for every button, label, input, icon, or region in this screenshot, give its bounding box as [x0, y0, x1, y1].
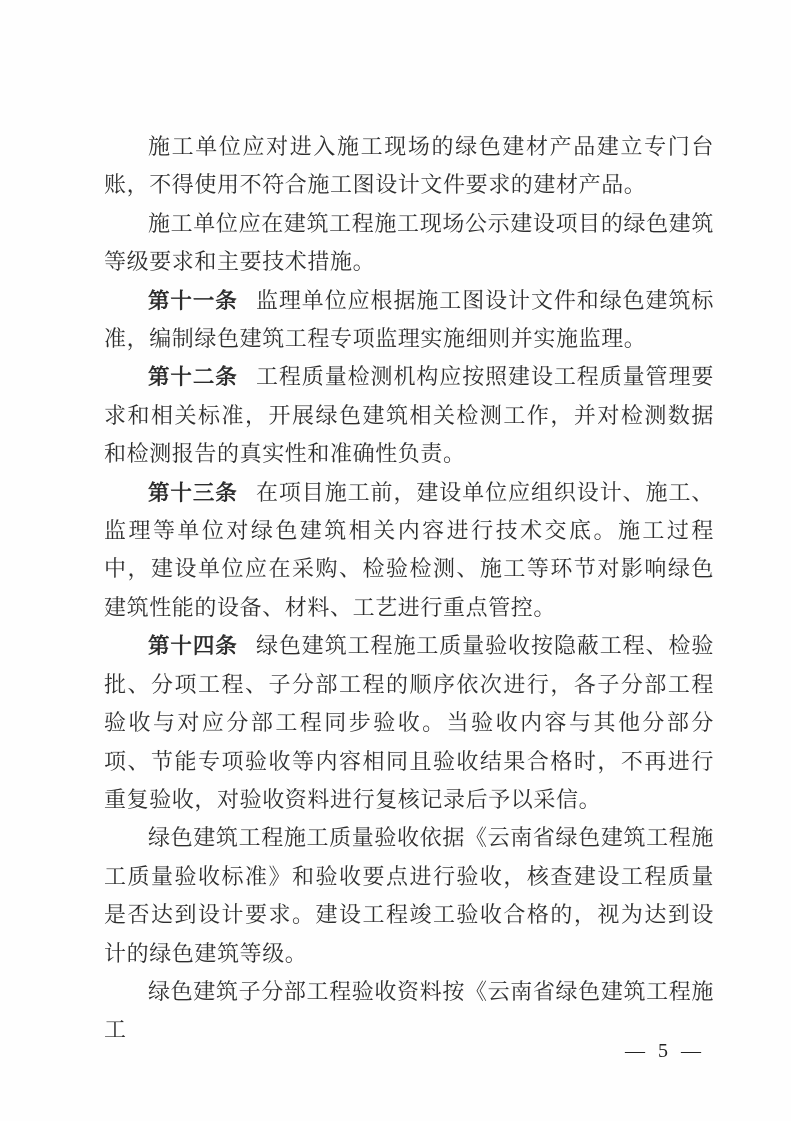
paragraph-text: 绿色建筑子分部工程验收资料按《云南省绿色建筑工程施工 [104, 979, 714, 1042]
article-number: 第十一条 [148, 289, 238, 313]
paragraph: 第十二条工程质量检测机构应按照建设工程质量管理要求和相关标准，开展绿色建筑相关检… [104, 358, 714, 473]
paragraph: 绿色建筑工程施工质量验收依据《云南省绿色建筑工程施工质量验收标准》和验收要点进行… [104, 819, 714, 973]
paragraph: 绿色建筑子分部工程验收资料按《云南省绿色建筑工程施工 [104, 973, 714, 1050]
paragraph-text: 绿色建筑工程施工质量验收依据《云南省绿色建筑工程施工质量验收标准》和验收要点进行… [104, 825, 714, 965]
paragraph: 施工单位应在建筑工程施工现场公示建设项目的绿色建筑等级要求和主要技术措施。 [104, 205, 714, 282]
page-number: — 5 — [625, 1040, 705, 1063]
paragraph: 第十一条监理单位应根据施工图设计文件和绿色建筑标准，编制绿色建筑工程专项监理实施… [104, 282, 714, 359]
article-number: 第十四条 [148, 634, 238, 658]
paragraph-text: 施工单位应在建筑工程施工现场公示建设项目的绿色建筑等级要求和主要技术措施。 [104, 211, 714, 274]
paragraph: 施工单位应对进入施工现场的绿色建材产品建立专门台账，不得使用不符合施工图设计文件… [104, 128, 714, 205]
page-body: 施工单位应对进入施工现场的绿色建材产品建立专门台账，不得使用不符合施工图设计文件… [104, 128, 714, 1050]
paragraph-text: 施工单位应对进入施工现场的绿色建材产品建立专门台账，不得使用不符合施工图设计文件… [104, 134, 714, 197]
article-number: 第十二条 [148, 365, 238, 389]
paragraph: 第十三条在项目施工前，建设单位应组织设计、施工、监理等单位对绿色建筑相关内容进行… [104, 474, 714, 628]
article-number: 第十三条 [148, 481, 238, 505]
paragraph-text: 绿色建筑工程施工质量验收按隐蔽工程、检验批、分项工程、子分部工程的顺序依次进行，… [104, 633, 714, 812]
paragraph: 第十四条绿色建筑工程施工质量验收按隐蔽工程、检验批、分项工程、子分部工程的顺序依… [104, 627, 714, 819]
document-page: 施工单位应对进入施工现场的绿色建材产品建立专门台账，不得使用不符合施工图设计文件… [0, 0, 791, 1121]
